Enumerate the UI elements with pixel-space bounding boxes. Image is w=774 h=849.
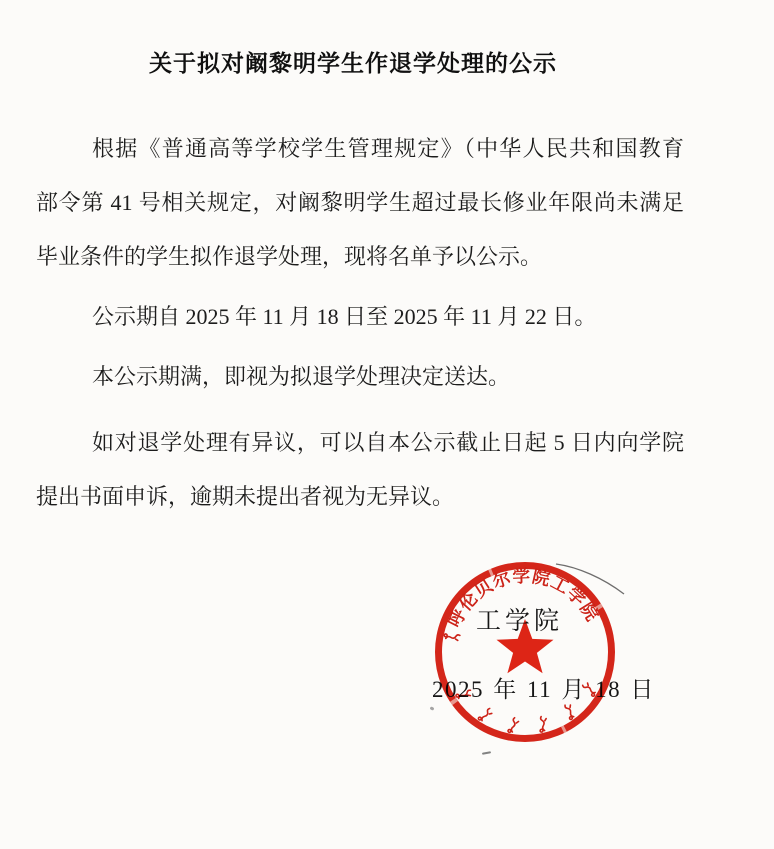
document-title: 关于拟对阚黎明学生作退学处理的公示	[0, 45, 706, 78]
paragraph-basis: 根据《普通高等学校学生管理规定》（中华人民共和国教育 部令第 41 号相关规定，…	[36, 122, 684, 284]
text-line: 提出书面申诉，逾期未提出者视为无异议。	[36, 470, 684, 524]
smudge-mark	[482, 751, 491, 755]
text-line: 部令第 41 号相关规定，对阚黎明学生超过最长修业年限尚未满足	[36, 176, 684, 230]
text-line: 如对退学处理有异议，可以自本公示截止日起 5 日内向学院	[36, 416, 684, 470]
public-notice-document: 关于拟对阚黎明学生作退学处理的公示 根据《普通高等学校学生管理规定》（中华人民共…	[0, 0, 774, 849]
paragraph-publicity-period: 公示期自 2025 年 11 月 18 日至 2025 年 11 月 22 日。	[36, 290, 684, 344]
text-line: 公示期自 2025 年 11 月 18 日至 2025 年 11 月 22 日。	[36, 290, 684, 344]
text-line: 根据《普通高等学校学生管理规定》（中华人民共和国教育	[36, 122, 684, 176]
text-line: 本公示期满，即视为拟退学处理决定送达。	[36, 350, 684, 404]
signature-unit: 工学院	[476, 601, 563, 637]
document-body: 根据《普通高等学校学生管理规定》（中华人民共和国教育 部令第 41 号相关规定，…	[36, 122, 684, 530]
signature-date: 2025 年 11 月 18 日	[432, 671, 655, 704]
paragraph-delivery: 本公示期满，即视为拟退学处理决定送达。	[36, 350, 684, 404]
text-line: 毕业条件的学生拟作退学处理，现将名单予以公示。	[36, 230, 684, 284]
pen-mark	[548, 558, 633, 603]
paragraph-appeal: 如对退学处理有异议，可以自本公示截止日起 5 日内向学院 提出书面申诉，逾期未提…	[36, 416, 684, 524]
